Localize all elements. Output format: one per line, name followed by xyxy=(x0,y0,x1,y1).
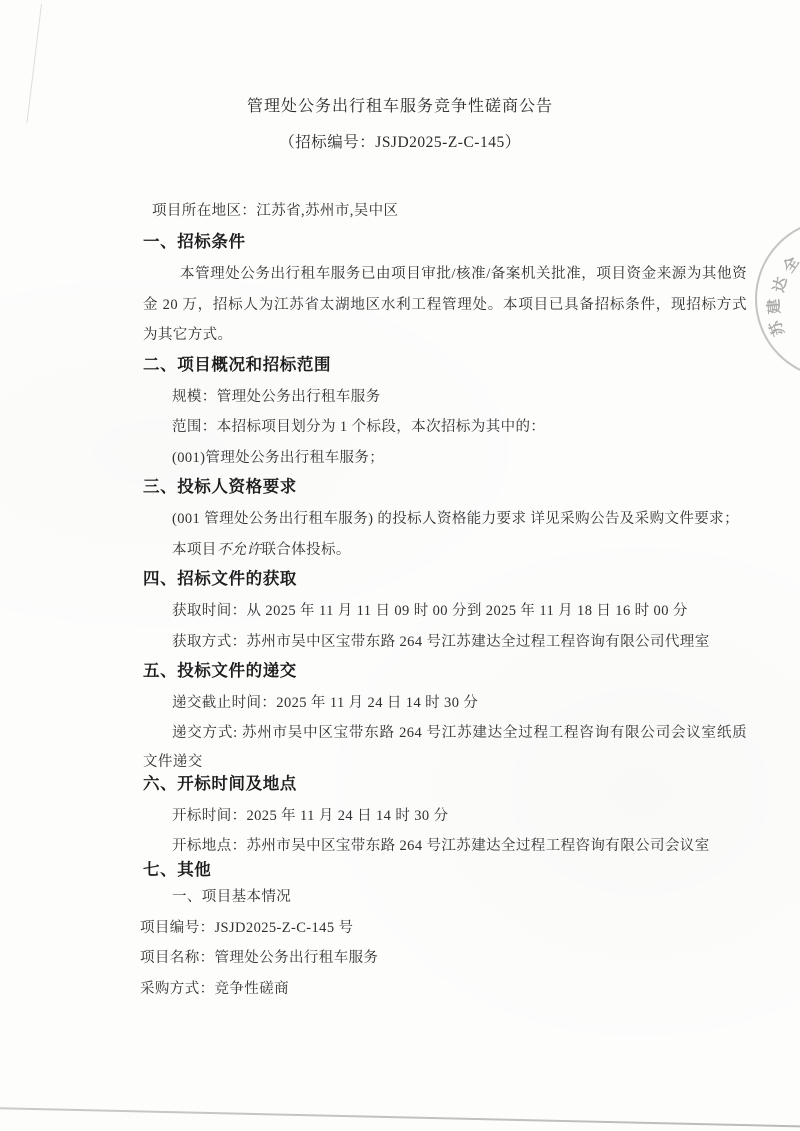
scanned-document-page: 管理处公务出行租车服务竞争性磋商公告 （招标编号：JSJD2025-Z-C-14… xyxy=(0,0,800,1131)
submission-deadline-line: 递交截止时间：2025 年 11 月 24 日 14 时 30 分 xyxy=(143,688,747,719)
scan-page-bottom-edge-line xyxy=(0,1107,800,1127)
consortium-line: 本项目不允许联合体投标。 xyxy=(143,535,747,566)
opening-place-line: 开标地点：苏州市吴中区宝带东路 264 号江苏建达全过程工程咨询有限公司会议室 xyxy=(143,831,747,862)
project-number-line: 项目编号：JSJD2025-Z-C-145 号 xyxy=(140,913,747,944)
section-document-acquisition: 四、招标文件的获取 获取时间：从 2025 年 11 月 11 日 09 时 0… xyxy=(143,567,747,657)
document-body: 项目所在地区：江苏省,苏州市,吴中区 一、招标条件 本管理处公务出行租车服务已由… xyxy=(0,200,800,1004)
basic-info-subheading: 一、项目基本情况 xyxy=(172,883,747,911)
section-1-paragraph: 本管理处公务出行租车服务已由项目审批/核准/备案机关批准，项目资金来源为其他资金… xyxy=(143,259,747,351)
section-bidder-qualification: 三、投标人资格要求 (001 管理处公务出行租车服务) 的投标人资格能力要求 详… xyxy=(143,475,747,565)
procurement-method-line: 采购方式：竞争性磋商 xyxy=(140,974,747,1005)
consortium-prefix: 本项目 xyxy=(172,542,217,558)
project-location-line: 项目所在地区：江苏省,苏州市,吴中区 xyxy=(152,200,747,222)
section-6-heading: 六、开标时间及地点 xyxy=(143,772,747,797)
qualification-requirement-line: (001 管理处公务出行租车服务) 的投标人资格能力要求 详见采购公告及采购文件… xyxy=(143,504,747,535)
section-project-overview: 二、项目概况和招标范围 规模：管理处公务出行租车服务 范围：本招标项目划分为 1… xyxy=(143,353,747,474)
section-5-heading: 五、投标文件的递交 xyxy=(143,659,747,684)
project-name-line: 项目名称：管理处公务出行租车服务 xyxy=(140,943,747,974)
section-tender-conditions: 一、招标条件 本管理处公务出行租车服务已由项目审批/核准/备案机关批准，项目资金… xyxy=(143,230,747,351)
section-bid-opening: 六、开标时间及地点 开标时间：2025 年 11 月 24 日 14 时 30 … xyxy=(143,772,747,862)
consortium-not-allowed-emphasis: 不允许 xyxy=(217,542,262,558)
section-bid-submission: 五、投标文件的递交 递交截止时间：2025 年 11 月 24 日 14 时 3… xyxy=(143,659,747,778)
document-title: 管理处公务出行租车服务竞争性磋商公告 xyxy=(0,96,800,118)
section-3-heading: 三、投标人资格要求 xyxy=(143,475,747,500)
submission-method-line: 递交方式: 苏州市吴中区宝带东路 264 号江苏建达全过程工程咨询有限公司会议室… xyxy=(143,719,747,778)
acquisition-time-line: 获取时间：从 2025 年 11 月 11 日 09 时 00 分到 2025 … xyxy=(143,596,747,627)
tender-number-subtitle: （招标编号：JSJD2025-Z-C-145） xyxy=(0,132,800,154)
lot-001-line: (001)管理处公务出行租车服务； xyxy=(143,443,747,474)
section-4-heading: 四、招标文件的获取 xyxy=(143,567,747,592)
project-scale-line: 规模：管理处公务出行租车服务 xyxy=(143,382,747,413)
opening-time-line: 开标时间：2025 年 11 月 24 日 14 时 30 分 xyxy=(143,801,747,832)
section-2-heading: 二、项目概况和招标范围 xyxy=(143,353,747,378)
section-other: 七、其他 一、项目基本情况 项目编号：JSJD2025-Z-C-145 号 项目… xyxy=(143,858,747,1005)
consortium-suffix: 联合体投标。 xyxy=(261,542,350,558)
document-header: 管理处公务出行租车服务竞争性磋商公告 （招标编号：JSJD2025-Z-C-14… xyxy=(0,0,800,154)
acquisition-method-line: 获取方式：苏州市吴中区宝带东路 264 号江苏建达全过程工程咨询有限公司代理室 xyxy=(143,627,747,658)
project-scope-line: 范围：本招标项目划分为 1 个标段，本次招标为其中的： xyxy=(143,412,747,443)
section-1-heading: 一、招标条件 xyxy=(143,230,747,255)
